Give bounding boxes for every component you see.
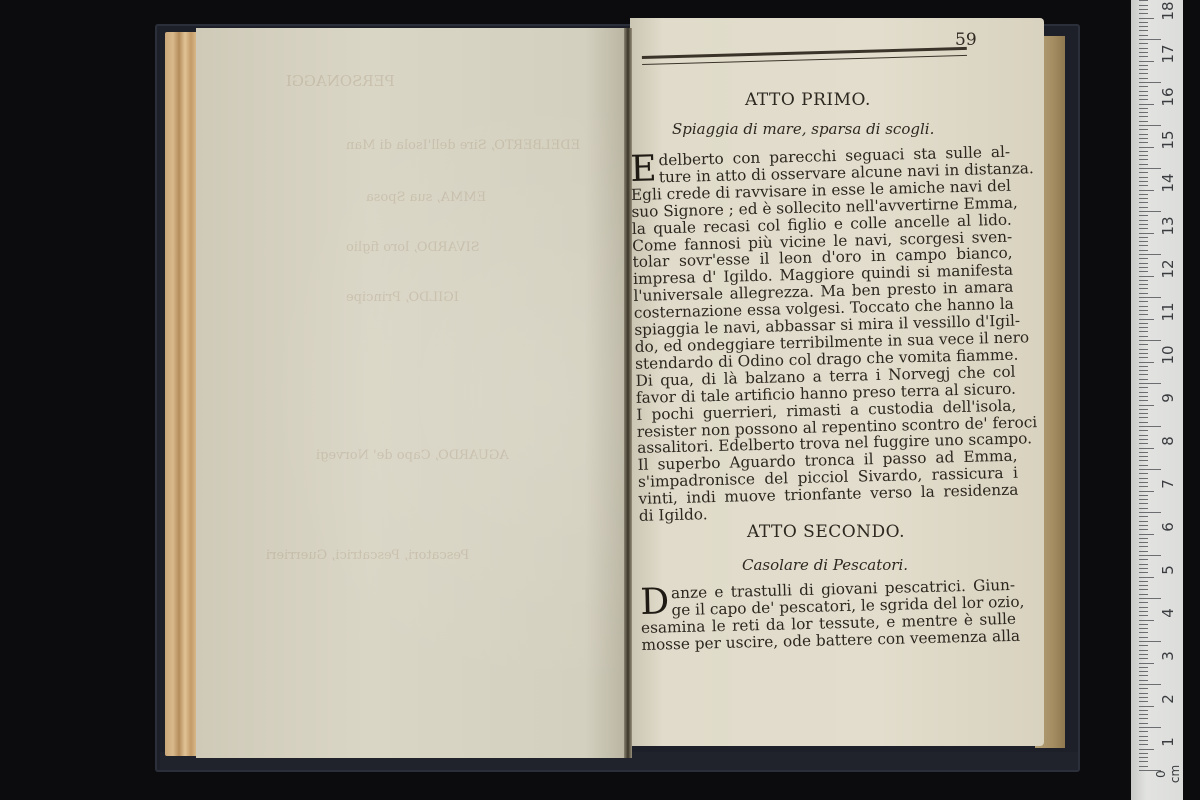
ruler-tick xyxy=(1139,417,1148,418)
ghost-line: SIVARDO, loro figlio xyxy=(346,240,480,255)
ruler-tick xyxy=(1139,598,1161,599)
ruler-tick xyxy=(1139,61,1154,62)
ruler-number: 10 xyxy=(1159,344,1177,366)
ruler-tick xyxy=(1139,460,1148,461)
ruler-tick xyxy=(1139,207,1148,208)
ruler-number: 2 xyxy=(1159,688,1177,710)
ghost-line: IGILDO, Principe xyxy=(346,290,459,305)
ruler-tick xyxy=(1139,172,1148,173)
ruler-tick xyxy=(1139,744,1148,745)
ruler-tick xyxy=(1139,697,1148,698)
ruler-tick xyxy=(1139,405,1154,406)
ruler-tick xyxy=(1139,761,1148,762)
ruler-unit-label: 0 cm xyxy=(1154,763,1182,785)
ruler-tick xyxy=(1139,620,1154,621)
ruler-tick xyxy=(1139,357,1148,358)
ruler-tick xyxy=(1139,491,1154,492)
ruler-tick xyxy=(1139,435,1148,436)
ruler-tick xyxy=(1139,202,1148,203)
ruler-tick xyxy=(1139,564,1148,565)
ruler-tick xyxy=(1139,637,1148,638)
ruler-tick xyxy=(1139,486,1148,487)
ruler-tick xyxy=(1139,521,1148,522)
ruler-tick xyxy=(1139,99,1148,100)
ruler-tick xyxy=(1139,69,1148,70)
ruler-tick xyxy=(1139,121,1148,122)
ruler-tick xyxy=(1139,280,1148,281)
ruler-tick xyxy=(1139,336,1148,337)
ruler-tick xyxy=(1139,478,1148,479)
ruler-tick xyxy=(1139,310,1148,311)
ruler-tick xyxy=(1139,108,1148,109)
ruler-tick xyxy=(1139,129,1148,130)
ruler-tick xyxy=(1139,297,1161,298)
ruler-tick xyxy=(1139,542,1148,543)
ruler-tick xyxy=(1139,159,1148,160)
ruler-tick xyxy=(1139,73,1148,74)
ruler-tick xyxy=(1139,645,1148,646)
ruler-tick xyxy=(1139,736,1148,737)
ruler-tick xyxy=(1139,323,1148,324)
ruler-tick xyxy=(1139,512,1161,513)
ruler-tick xyxy=(1139,314,1148,315)
ruler-tick xyxy=(1139,370,1148,371)
ruler-tick xyxy=(1139,164,1148,165)
ruler-tick xyxy=(1139,194,1148,195)
ruler-tick xyxy=(1139,91,1148,92)
ruler-tick xyxy=(1139,413,1148,414)
ruler-number: 11 xyxy=(1159,301,1177,323)
ruler-number: 9 xyxy=(1159,387,1177,409)
ruler-number: 5 xyxy=(1159,559,1177,581)
ruler-tick xyxy=(1139,473,1148,474)
ruler-tick xyxy=(1139,585,1148,586)
ruler-number: 12 xyxy=(1159,258,1177,280)
drop-cap: E xyxy=(630,154,657,185)
ruler-tick xyxy=(1139,701,1148,702)
ruler-tick xyxy=(1139,383,1161,384)
left-page: PERSONAGGI EDELBERTO, Sire dell'Isola di… xyxy=(196,28,628,758)
ruler-tick xyxy=(1139,749,1154,750)
ruler-tick xyxy=(1139,667,1148,668)
ruler-tick xyxy=(1139,422,1148,423)
ruler-tick xyxy=(1139,374,1148,375)
ruler-tick xyxy=(1139,349,1148,350)
ruler-tick xyxy=(1139,740,1148,741)
ruler-tick xyxy=(1139,615,1148,616)
ruler-tick xyxy=(1139,456,1148,457)
ruler-tick xyxy=(1139,448,1154,449)
ruler-tick xyxy=(1139,577,1154,578)
ghost-line: PERSONAGGI xyxy=(286,72,395,90)
ruler-tick xyxy=(1139,340,1161,341)
ruler-tick xyxy=(1139,0,1148,1)
ruler-number: 13 xyxy=(1159,215,1177,237)
ruler-tick xyxy=(1139,495,1148,496)
ruler-tick xyxy=(1139,198,1148,199)
ruler-tick xyxy=(1139,185,1148,186)
ruler-tick xyxy=(1139,5,1148,6)
ruler-tick xyxy=(1139,551,1148,552)
ruler-tick xyxy=(1139,30,1148,31)
ruler-tick xyxy=(1139,155,1148,156)
ruler-tick xyxy=(1139,112,1148,113)
ruler-tick xyxy=(1139,469,1161,470)
ruler-tick xyxy=(1139,147,1154,148)
ruler-tick xyxy=(1139,288,1148,289)
ruler-tick xyxy=(1139,516,1148,517)
ruler-tick xyxy=(1139,611,1148,612)
ruler-tick xyxy=(1139,48,1148,49)
ruler-number: 17 xyxy=(1159,43,1177,65)
ruler-tick xyxy=(1139,465,1148,466)
ruler-tick xyxy=(1139,710,1148,711)
ruler-tick xyxy=(1139,714,1148,715)
ruler-tick xyxy=(1139,684,1161,685)
ruler-number: 8 xyxy=(1159,430,1177,452)
ruler-number: 4 xyxy=(1159,602,1177,624)
ruler-tick xyxy=(1139,632,1148,633)
ruler-tick xyxy=(1139,499,1148,500)
ruler-tick xyxy=(1139,628,1148,629)
ruler-tick xyxy=(1139,594,1148,595)
ruler-tick xyxy=(1139,688,1148,689)
ghost-line: EMMA, sua Sposa xyxy=(366,190,486,205)
ruler-tick xyxy=(1139,344,1148,345)
ruler-tick xyxy=(1139,607,1148,608)
ruler-tick xyxy=(1139,181,1148,182)
ruler-tick xyxy=(1139,654,1148,655)
ruler-tick xyxy=(1139,95,1148,96)
ruler-tick xyxy=(1139,572,1148,573)
ruler-tick xyxy=(1139,215,1148,216)
ruler-tick xyxy=(1139,671,1148,672)
act-two-heading: ATTO SECONDO. xyxy=(747,522,905,542)
ruler-tick xyxy=(1139,39,1161,40)
ruler-tick xyxy=(1139,387,1148,388)
ruler-tick xyxy=(1139,26,1148,27)
act-two-body: D anze e trastulli di giovani pescatrici… xyxy=(640,577,1017,654)
ruler-tick xyxy=(1139,753,1148,754)
ruler-tick xyxy=(1139,22,1148,23)
ruler-tick xyxy=(1139,116,1148,117)
ruler-tick xyxy=(1139,190,1154,191)
ruler-tick xyxy=(1139,508,1148,509)
act-one-scene: Spiaggia di mare, sparsa di scogli. xyxy=(672,120,934,138)
ruler-tick xyxy=(1139,254,1161,255)
ruler-tick xyxy=(1139,396,1148,397)
act-one-heading: ATTO PRIMO. xyxy=(745,90,871,110)
ruler-tick xyxy=(1139,258,1148,259)
ruler-tick xyxy=(1139,534,1154,535)
ruler-number: 7 xyxy=(1159,473,1177,495)
ruler-tick xyxy=(1139,568,1148,569)
ruler-tick xyxy=(1139,452,1148,453)
ruler-tick xyxy=(1139,555,1161,556)
ruler-tick xyxy=(1139,443,1148,444)
ruler-tick xyxy=(1139,675,1148,676)
ruler-tick xyxy=(1139,138,1148,139)
ruler-tick xyxy=(1139,718,1148,719)
measuring-ruler: 0 cm 1 2 3 4 5 6 7 8 9 10 11 12 13 14 15… xyxy=(1131,0,1183,800)
ruler-tick xyxy=(1139,362,1154,363)
ruler-tick xyxy=(1139,439,1148,440)
act-one-body: E delberto con parecchi seguaci sta sull… xyxy=(630,144,1019,525)
ruler-tick xyxy=(1139,263,1148,264)
ruler-tick xyxy=(1139,241,1148,242)
ruler-tick xyxy=(1139,237,1148,238)
ruler-tick xyxy=(1139,284,1148,285)
ruler-tick xyxy=(1139,392,1148,393)
ruler-tick xyxy=(1139,233,1154,234)
ruler-tick xyxy=(1139,409,1148,410)
ruler-tick xyxy=(1139,267,1148,268)
ruler-tick xyxy=(1139,13,1148,14)
ruler-tick xyxy=(1139,35,1148,36)
ghost-line: AGUARDO, Capo de' Norvegi xyxy=(316,448,509,463)
ruler-tick xyxy=(1139,400,1148,401)
ruler-tick xyxy=(1139,177,1148,178)
ruler-number: 15 xyxy=(1159,129,1177,151)
ruler-number: 16 xyxy=(1159,86,1177,108)
ruler-tick xyxy=(1139,306,1148,307)
ruler-tick xyxy=(1139,624,1148,625)
ruler-number: 18 xyxy=(1159,0,1177,22)
ruler-tick xyxy=(1139,658,1148,659)
ruler-tick xyxy=(1139,293,1148,294)
ruler-tick xyxy=(1139,379,1148,380)
ruler-tick xyxy=(1139,538,1148,539)
ruler-tick xyxy=(1139,353,1148,354)
ruler-tick xyxy=(1139,125,1161,126)
ruler-tick xyxy=(1139,151,1148,152)
ruler-tick xyxy=(1139,78,1148,79)
ruler-tick xyxy=(1139,757,1148,758)
ruler-tick xyxy=(1139,503,1148,504)
ruler-tick xyxy=(1139,525,1148,526)
book-gutter xyxy=(624,28,632,758)
ghost-line: Pescatori, Pescatrici, Guerrieri xyxy=(266,548,469,563)
ruler-tick xyxy=(1139,663,1154,664)
ruler-number: 14 xyxy=(1159,172,1177,194)
ruler-tick xyxy=(1139,220,1148,221)
ruler-number: 1 xyxy=(1159,731,1177,753)
ghost-line: EDELBERTO, Sire dell'Isola di Man xyxy=(346,138,580,153)
ruler-tick xyxy=(1139,319,1154,320)
ruler-tick xyxy=(1139,82,1161,83)
ruler-tick xyxy=(1139,56,1148,57)
ruler-tick xyxy=(1139,426,1161,427)
ruler-tick xyxy=(1139,104,1154,105)
ruler-tick xyxy=(1139,65,1148,66)
ruler-tick xyxy=(1139,211,1161,212)
ruler-tick xyxy=(1139,723,1148,724)
ruler-tick xyxy=(1139,168,1161,169)
ruler-tick xyxy=(1139,546,1148,547)
ruler-tick xyxy=(1139,52,1148,53)
ruler-tick xyxy=(1139,589,1148,590)
ruler-tick xyxy=(1139,766,1148,767)
ruler-number: 3 xyxy=(1159,645,1177,667)
ruler-tick xyxy=(1139,228,1148,229)
ruler-tick xyxy=(1139,327,1148,328)
ruler-tick xyxy=(1139,250,1148,251)
ruler-tick xyxy=(1139,731,1148,732)
ruler-tick xyxy=(1139,366,1148,367)
ruler-tick xyxy=(1139,602,1148,603)
ruler-tick xyxy=(1139,430,1148,431)
ruler-tick xyxy=(1139,276,1154,277)
ruler-tick xyxy=(1139,142,1148,143)
ruler-tick xyxy=(1139,86,1148,87)
ruler-tick xyxy=(1139,301,1148,302)
ruler-tick xyxy=(1139,9,1148,10)
ruler-tick xyxy=(1139,134,1148,135)
ruler-tick xyxy=(1139,693,1148,694)
ruler-tick xyxy=(1139,770,1161,771)
ruler-tick xyxy=(1139,331,1148,332)
drop-cap: D xyxy=(640,587,670,618)
ruler-tick xyxy=(1139,641,1161,642)
ruler-tick xyxy=(1139,706,1154,707)
ruler-tick xyxy=(1139,43,1148,44)
act-two-scene: Casolare di Pescatori. xyxy=(742,556,908,574)
ruler-tick xyxy=(1139,271,1148,272)
ruler-tick xyxy=(1139,727,1161,728)
ruler-tick xyxy=(1139,18,1154,19)
ruler-tick xyxy=(1139,650,1148,651)
ruler-tick xyxy=(1139,680,1148,681)
ruler-number: 6 xyxy=(1159,516,1177,538)
ruler-tick xyxy=(1139,482,1148,483)
ruler-tick xyxy=(1139,245,1148,246)
ruler-tick xyxy=(1139,529,1148,530)
ruler-tick xyxy=(1139,224,1148,225)
ruler-tick xyxy=(1139,581,1148,582)
ruler-tick xyxy=(1139,559,1148,560)
